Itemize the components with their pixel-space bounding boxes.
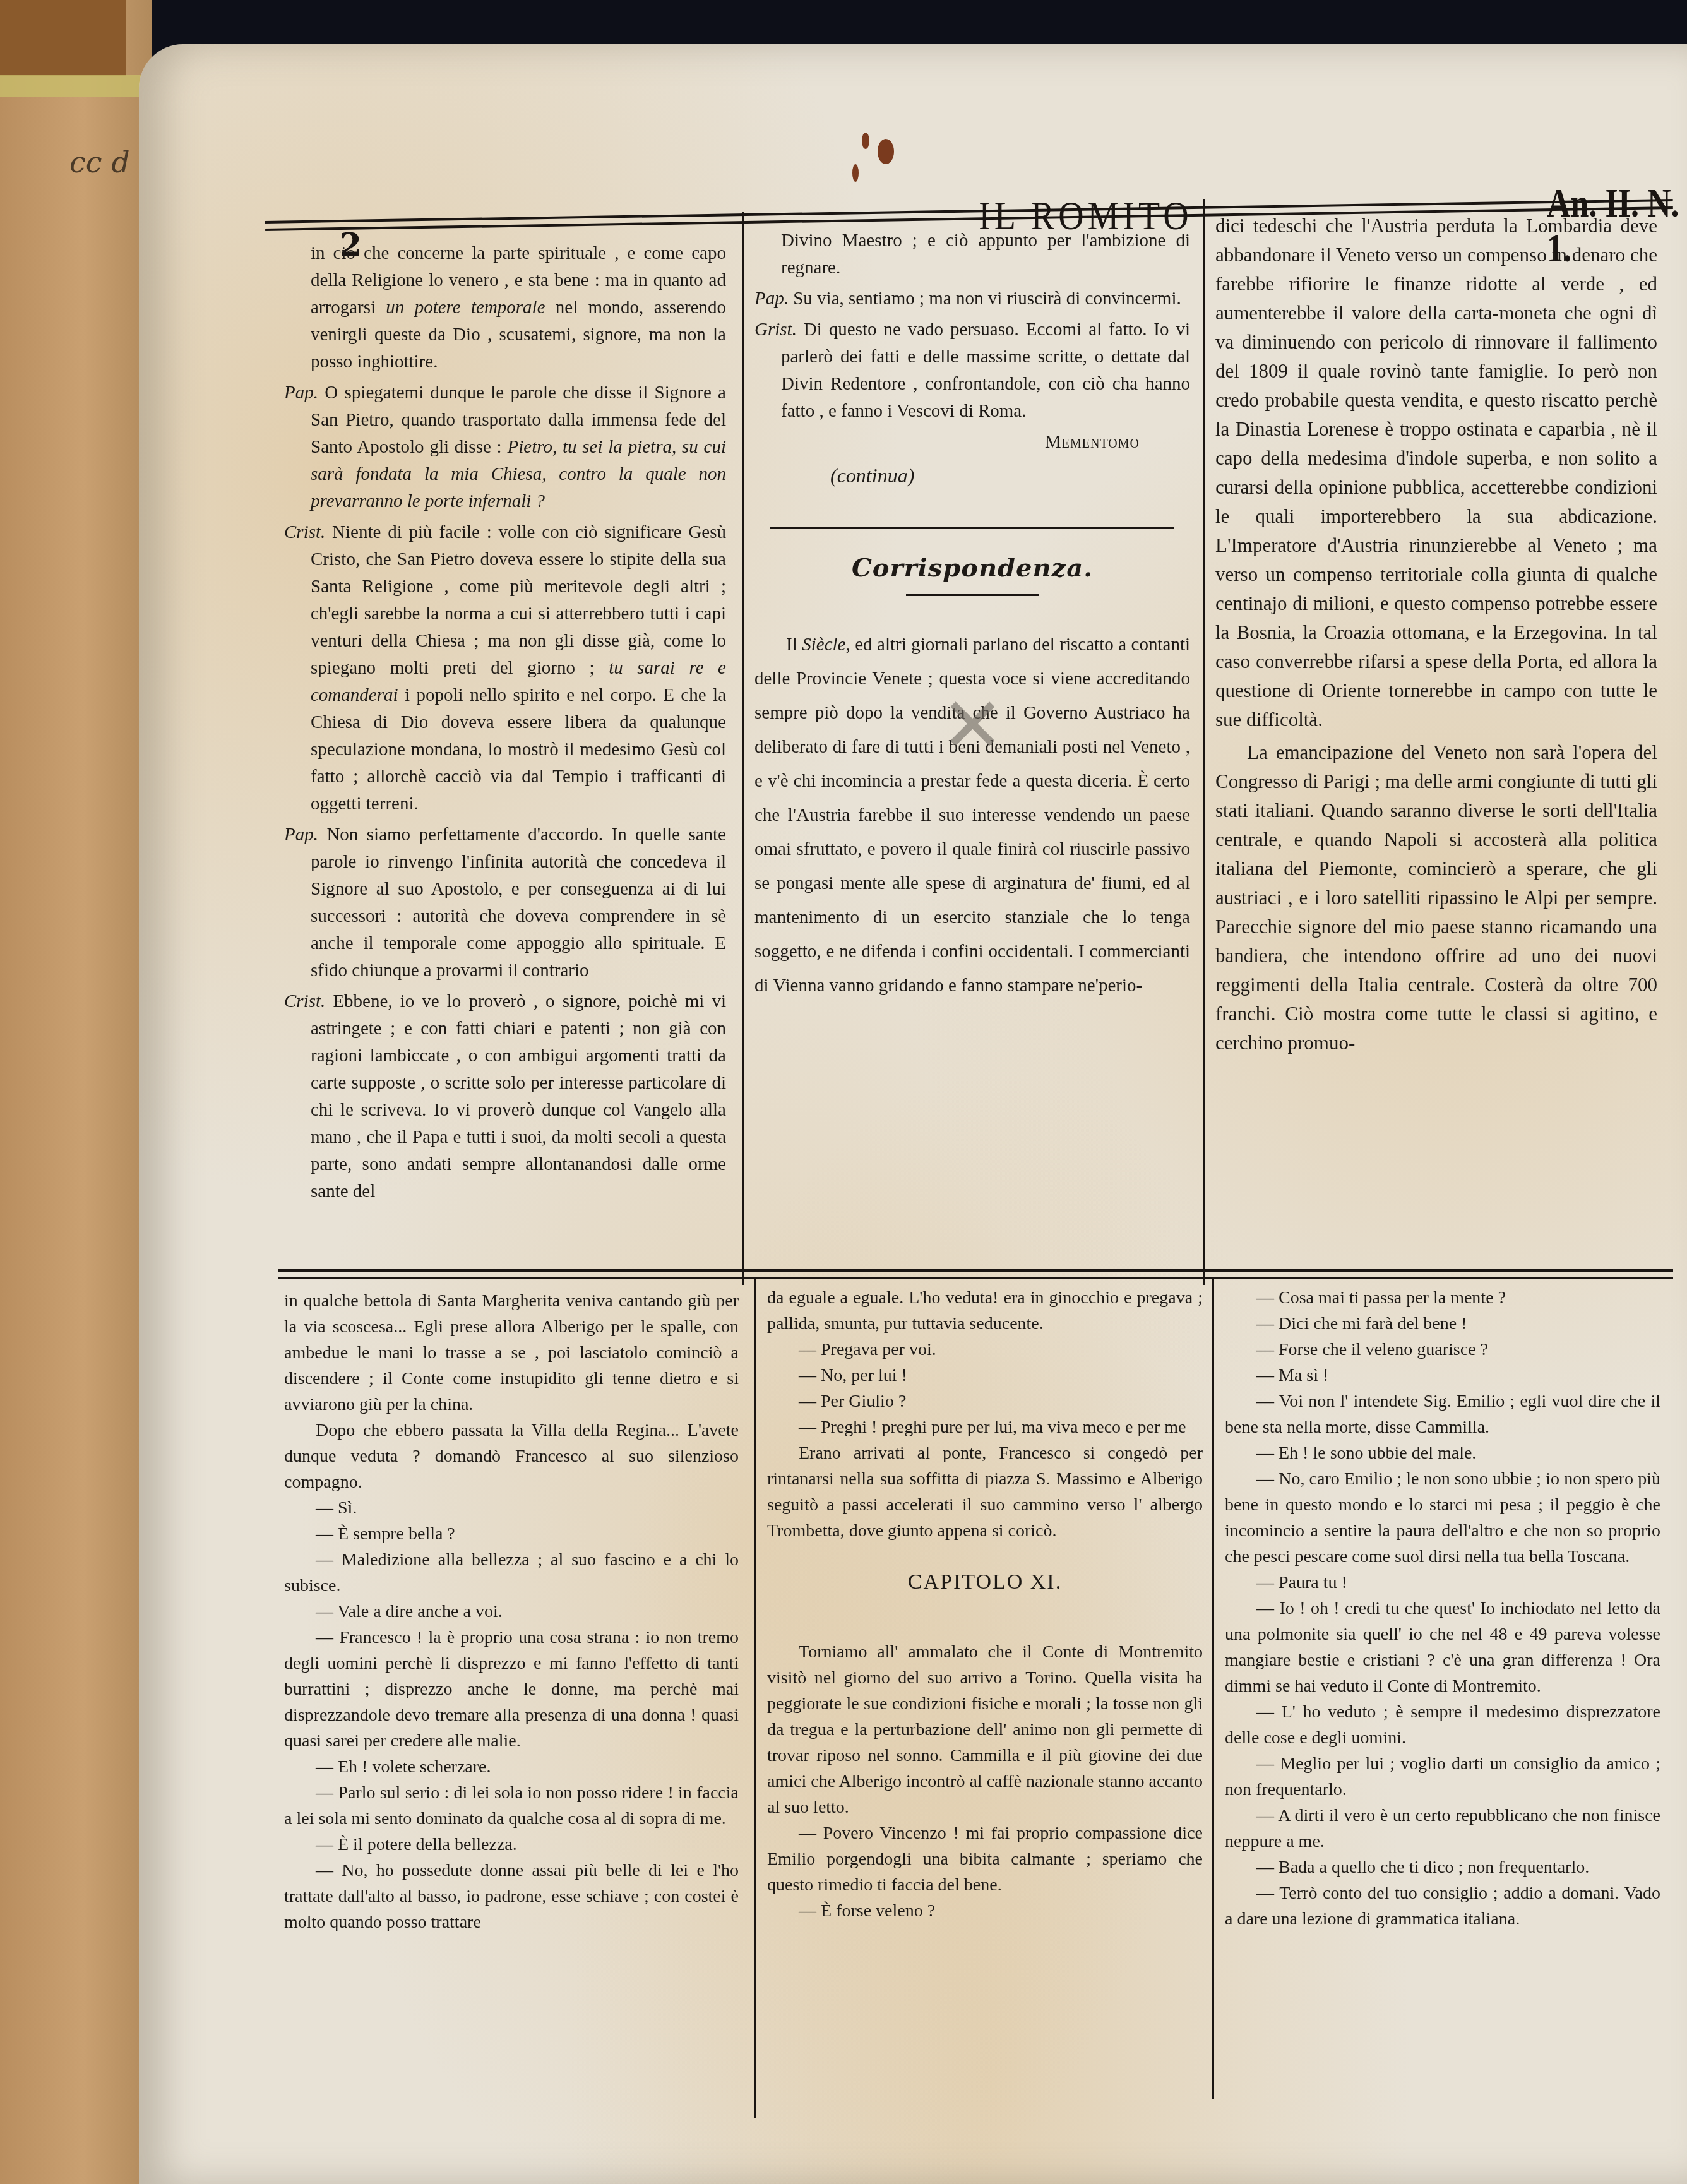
- dialogue-line: — A dirti il vero è un certo repubblican…: [1225, 1803, 1660, 1854]
- dialogue-line: — Per Giulio ?: [767, 1388, 1203, 1414]
- bottom-column-2: da eguale a eguale. L'ho veduta! era in …: [767, 1285, 1203, 1924]
- column-divider: [1203, 199, 1205, 1285]
- author-signature: Mementomo: [754, 429, 1190, 456]
- column-divider: [1212, 1279, 1214, 2099]
- dialogue-line: — Bada a quello che ti dico ; non freque…: [1225, 1854, 1660, 1880]
- dialogue-line: — Forse che il veleno guarisce ?: [1225, 1337, 1660, 1363]
- dialogue-line: — Sì.: [284, 1495, 739, 1521]
- dialogue-line: — No, per lui !: [767, 1363, 1203, 1388]
- dialogue-line: — Francesco ! la è proprio una cosa stra…: [284, 1625, 739, 1754]
- cover-board: [0, 0, 126, 76]
- dialogue-line: — Terrò conto del tuo consiglio ; addio …: [1225, 1880, 1660, 1932]
- story-paragraph: Erano arrivati al ponte, Francesco si co…: [767, 1440, 1203, 1544]
- section-title-corrispondenza: Corrispondenza.: [754, 554, 1190, 582]
- margin-handwriting: cc d: [69, 145, 130, 179]
- column-divider: [754, 1279, 756, 2118]
- dialogue-line: — Cosa mai ti passa per la mente ?: [1225, 1285, 1660, 1311]
- feuilleton-rule: [278, 1269, 1673, 1279]
- dialogue-paragraph: Pap. Su via, sentiamo ; ma non vi riusci…: [754, 285, 1190, 313]
- dialogue-paragraph: in ciò che concerne la parte spirituale …: [284, 240, 726, 376]
- speaker-label: Pap.: [284, 383, 318, 403]
- dialogue-line: — Povero Vincenzo ! mi fai proprio compa…: [767, 1820, 1203, 1898]
- column-divider: [742, 212, 744, 1285]
- section-rule: [770, 527, 1174, 529]
- story-paragraph: Torniamo all' ammalato che il Conte di M…: [767, 1639, 1203, 1820]
- speaker-label: Crist.: [284, 522, 325, 542]
- dialogue-line: — Dici che mi farà del bene !: [1225, 1311, 1660, 1337]
- top-column-2: Divino Maestro ; e ciò appunto per l'amb…: [754, 227, 1190, 1003]
- ink-stain: [878, 139, 894, 164]
- dialogue-line: — Parlo sul serio : di lei sola io non p…: [284, 1780, 739, 1832]
- ink-stain: [862, 133, 869, 149]
- dialogue-line: — Paura tu !: [1225, 1570, 1660, 1596]
- dialogue-line: — Voi non l' intendete Sig. Emilio ; egl…: [1225, 1388, 1660, 1440]
- top-column-1: in ciò che concerne la parte spirituale …: [284, 240, 726, 1209]
- story-paragraph: da eguale a eguale. L'ho veduta! era in …: [767, 1285, 1203, 1337]
- pencil-mark-x: ✕: [941, 682, 1004, 770]
- dialogue-line: — Pregava per voi.: [767, 1337, 1203, 1363]
- continued-note: (continua): [754, 462, 1190, 489]
- article-paragraph: dici tedeschi che l'Austria perduta la L…: [1215, 212, 1657, 734]
- dialogue-line: — Vale a dire anche a voi.: [284, 1599, 739, 1625]
- dialogue-paragraph: Crist. Niente di più facile : volle con …: [284, 519, 726, 818]
- newspaper-name: Siècle: [802, 635, 845, 655]
- article-paragraph: La emancipazione del Veneto non sarà l'o…: [1215, 738, 1657, 1058]
- binding-edge: cc d: [0, 0, 152, 2184]
- dialogue-line: — È forse veleno ?: [767, 1898, 1203, 1924]
- dialogue-line: — Maledizione alla bellezza ; al suo fas…: [284, 1547, 739, 1599]
- chapter-heading: CAPITOLO XI.: [767, 1569, 1203, 1595]
- dialogue-paragraph: Grist. Di questo ne vado persuaso. Eccom…: [754, 316, 1190, 425]
- dialogue-line: — È il potere della bellezza.: [284, 1832, 739, 1858]
- dialogue-paragraph: Pap. O spiegatemi dunque le parole che d…: [284, 379, 726, 515]
- top-column-3: dici tedeschi che l'Austria perduta la L…: [1215, 212, 1657, 1058]
- dialogue-line: — L' ho veduto ; è sempre il medesimo di…: [1225, 1699, 1660, 1751]
- speaker-label: Pap.: [284, 825, 318, 845]
- ink-stain: [852, 164, 859, 182]
- page-edge: [0, 75, 152, 97]
- title-underline: [906, 594, 1039, 596]
- dialogue-line: — Ma sì !: [1225, 1363, 1660, 1388]
- dialogue-line: — No, ho possedute donne assai più belle…: [284, 1858, 739, 1935]
- dialogue-line: — Meglio per lui ; voglio darti un consi…: [1225, 1751, 1660, 1803]
- dialogue-paragraph: Crist. Ebbene, io ve lo proverò , o sign…: [284, 988, 726, 1205]
- dialogue-paragraph: Divino Maestro ; e ciò appunto per l'amb…: [754, 227, 1190, 282]
- speaker-label: Crist.: [284, 991, 325, 1011]
- dialogue-line: — Preghi ! preghi pure per lui, ma viva …: [767, 1414, 1203, 1440]
- dialogue-line: — No, caro Emilio ; le non sono ubbie ; …: [1225, 1466, 1660, 1570]
- dialogue-line: — È sempre bella ?: [284, 1521, 739, 1547]
- newspaper-page: 2 IL ROMITO An. II. N. 1. in ciò che con…: [139, 44, 1687, 2184]
- italic-phrase: un potere temporale: [386, 297, 545, 318]
- story-paragraph: in qualche bettola di Santa Margherita v…: [284, 1288, 739, 1417]
- dialogue-line: — Eh ! le sono ubbie del male.: [1225, 1440, 1660, 1466]
- speaker-label: Grist.: [754, 319, 797, 340]
- bottom-column-1: in qualche bettola di Santa Margherita v…: [284, 1288, 739, 1935]
- speaker-label: Pap.: [754, 289, 789, 309]
- dialogue-line: — Io ! oh ! credi tu che quest' Io inchi…: [1225, 1596, 1660, 1699]
- dialogue-paragraph: Pap. Non siamo perfettamente d'accordo. …: [284, 821, 726, 984]
- dialogue-line: — Eh ! volete scherzare.: [284, 1754, 739, 1780]
- bottom-column-3: — Cosa mai ti passa per la mente ? — Dic…: [1225, 1285, 1660, 1932]
- story-paragraph: Dopo che ebbero passata la Villa della R…: [284, 1417, 739, 1495]
